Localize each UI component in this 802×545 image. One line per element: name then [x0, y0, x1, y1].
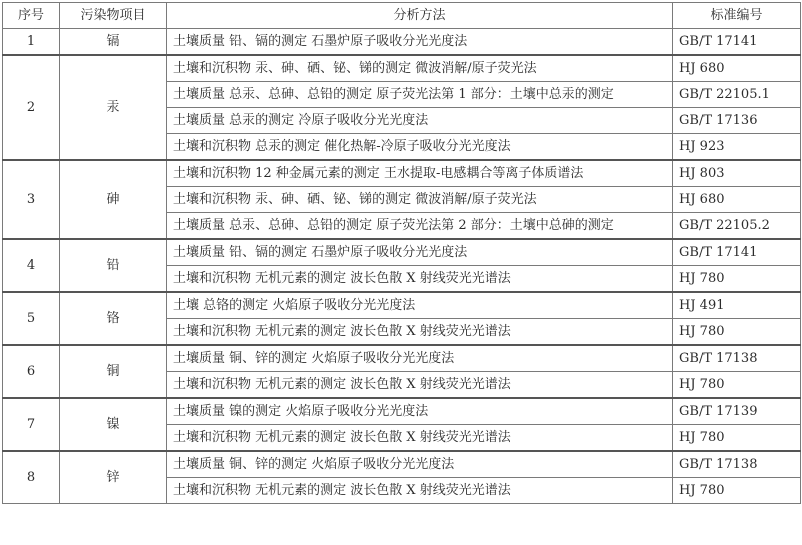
standard-number-cell: HJ 780: [673, 266, 801, 293]
method-cell: 土壤质量 总汞的测定 冷原子吸收分光光度法: [167, 108, 673, 134]
table-row: 4铅土壤质量 铅、镉的测定 石墨炉原子吸收分光光度法GB/T 17141: [3, 239, 801, 266]
serial-number-cell: 8: [3, 451, 60, 504]
standard-number-cell: GB/T 22105.2: [673, 213, 801, 240]
method-cell: 土壤 总铬的测定 火焰原子吸收分光光度法: [167, 292, 673, 319]
method-cell: 土壤质量 铅、镉的测定 石墨炉原子吸收分光光度法: [167, 239, 673, 266]
serial-number-cell: 4: [3, 239, 60, 292]
method-cell: 土壤和沉积物 无机元素的测定 波长色散 X 射线荧光光谱法: [167, 266, 673, 293]
header-method: 分析方法: [167, 3, 673, 29]
header-pollutant: 污染物项目: [60, 3, 167, 29]
method-cell: 土壤和沉积物 无机元素的测定 波长色散 X 射线荧光光谱法: [167, 478, 673, 504]
standard-number-cell: HJ 780: [673, 478, 801, 504]
table-row: 6铜土壤质量 铜、锌的测定 火焰原子吸收分光光度法GB/T 17138: [3, 345, 801, 372]
method-cell: 土壤和沉积物 无机元素的测定 波长色散 X 射线荧光光谱法: [167, 425, 673, 452]
standard-number-cell: GB/T 17136: [673, 108, 801, 134]
standard-number-cell: HJ 680: [673, 55, 801, 82]
table-row: 1镉土壤质量 铅、镉的测定 石墨炉原子吸收分光光度法GB/T 17141: [3, 29, 801, 56]
standard-number-cell: HJ 780: [673, 425, 801, 452]
method-cell: 土壤质量 铜、锌的测定 火焰原子吸收分光光度法: [167, 451, 673, 478]
serial-number-cell: 3: [3, 160, 60, 239]
table-body: 1镉土壤质量 铅、镉的测定 石墨炉原子吸收分光光度法GB/T 171412汞土壤…: [3, 29, 801, 504]
analysis-methods-table: 序号 污染物项目 分析方法 标准编号 1镉土壤质量 铅、镉的测定 石墨炉原子吸收…: [2, 2, 801, 504]
standard-number-cell: GB/T 17139: [673, 398, 801, 425]
pollutant-cell: 镍: [60, 398, 167, 451]
standard-number-cell: GB/T 17141: [673, 29, 801, 56]
method-cell: 土壤和沉积物 12 种金属元素的测定 王水提取-电感耦合等离子体质谱法: [167, 160, 673, 187]
pollutant-cell: 铬: [60, 292, 167, 345]
method-cell: 土壤和沉积物 无机元素的测定 波长色散 X 射线荧光光谱法: [167, 319, 673, 346]
standard-number-cell: GB/T 17138: [673, 345, 801, 372]
serial-number-cell: 6: [3, 345, 60, 398]
method-cell: 土壤质量 铜、锌的测定 火焰原子吸收分光光度法: [167, 345, 673, 372]
standard-number-cell: HJ 491: [673, 292, 801, 319]
table-row: 7镍土壤质量 镍的测定 火焰原子吸收分光光度法GB/T 17139: [3, 398, 801, 425]
method-cell: 土壤质量 铅、镉的测定 石墨炉原子吸收分光光度法: [167, 29, 673, 56]
header-standard: 标准编号: [673, 3, 801, 29]
serial-number-cell: 7: [3, 398, 60, 451]
standard-number-cell: HJ 923: [673, 134, 801, 161]
serial-number-cell: 5: [3, 292, 60, 345]
header-row: 序号 污染物项目 分析方法 标准编号: [3, 3, 801, 29]
method-cell: 土壤和沉积物 汞、砷、硒、铋、锑的测定 微波消解/原子荧光法: [167, 55, 673, 82]
standard-number-cell: HJ 780: [673, 372, 801, 399]
pollutant-cell: 汞: [60, 55, 167, 160]
method-cell: 土壤质量 镍的测定 火焰原子吸收分光光度法: [167, 398, 673, 425]
method-cell: 土壤和沉积物 汞、砷、硒、铋、锑的测定 微波消解/原子荧光法: [167, 187, 673, 213]
standard-number-cell: GB/T 17141: [673, 239, 801, 266]
pollutant-cell: 铜: [60, 345, 167, 398]
serial-number-cell: 2: [3, 55, 60, 160]
table-row: 2汞土壤和沉积物 汞、砷、硒、铋、锑的测定 微波消解/原子荧光法HJ 680: [3, 55, 801, 82]
standard-number-cell: HJ 803: [673, 160, 801, 187]
standard-number-cell: GB/T 22105.1: [673, 82, 801, 108]
pollutant-cell: 砷: [60, 160, 167, 239]
table-row: 5铬土壤 总铬的测定 火焰原子吸收分光光度法HJ 491: [3, 292, 801, 319]
method-cell: 土壤和沉积物 总汞的测定 催化热解-冷原子吸收分光光度法: [167, 134, 673, 161]
pollutant-cell: 镉: [60, 29, 167, 56]
pollutant-cell: 锌: [60, 451, 167, 504]
serial-number-cell: 1: [3, 29, 60, 56]
header-no: 序号: [3, 3, 60, 29]
method-cell: 土壤质量 总汞、总砷、总铅的测定 原子荧光法第 1 部分：土壤中总汞的测定: [167, 82, 673, 108]
standard-number-cell: GB/T 17138: [673, 451, 801, 478]
method-cell: 土壤质量 总汞、总砷、总铅的测定 原子荧光法第 2 部分：土壤中总砷的测定: [167, 213, 673, 240]
standard-number-cell: HJ 680: [673, 187, 801, 213]
standard-number-cell: HJ 780: [673, 319, 801, 346]
table-row: 8锌土壤质量 铜、锌的测定 火焰原子吸收分光光度法GB/T 17138: [3, 451, 801, 478]
method-cell: 土壤和沉积物 无机元素的测定 波长色散 X 射线荧光光谱法: [167, 372, 673, 399]
pollutant-cell: 铅: [60, 239, 167, 292]
table-row: 3砷土壤和沉积物 12 种金属元素的测定 王水提取-电感耦合等离子体质谱法HJ …: [3, 160, 801, 187]
